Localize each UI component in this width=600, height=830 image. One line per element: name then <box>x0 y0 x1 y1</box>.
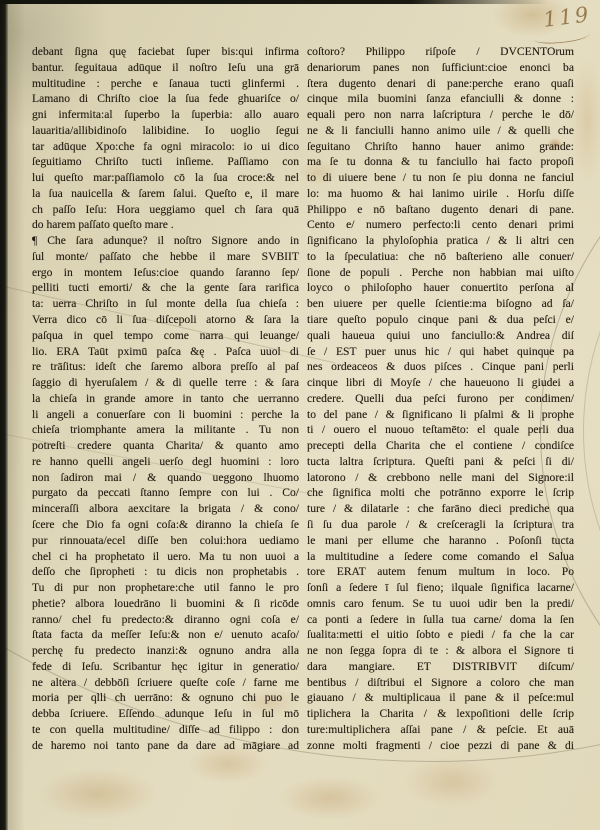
text-line: la multitudine a ſedere come comando el … <box>307 549 574 565</box>
text-line: giauano / & multiplicaua il pane & il pe… <box>307 690 574 706</box>
foxing-stain <box>404 756 500 808</box>
text-line: chel ci ha prophetato il uero. Ma tu non… <box>32 549 299 565</box>
text-line: ture / & dilatarle : che farāno dieci pr… <box>307 501 574 517</box>
text-line: ſcere che Dio fa ogni coſa:& diranno la … <box>32 517 299 533</box>
text-line: potreſti credere quanta Charita/ & quant… <box>32 438 299 454</box>
text-line: lauaritia/allibidinoſo lalibidine. Io uo… <box>32 123 299 139</box>
text-line: bantur. ſeguitaua adūque il noſtro Ieſu … <box>32 60 299 76</box>
text-line: le mani per ellume che haranno . Poſonſi… <box>307 533 574 549</box>
text-line: Philippo e nō baſtano dugento denari di … <box>307 202 574 218</box>
text-line: debba ſcriuere. Eſſendo adunque Ieſu in … <box>32 706 299 722</box>
text-line: pur rinnouata/ecel diſſe ben colui:hora … <box>32 533 299 549</box>
text-line: minceraſſi albora aexcitare la brigata /… <box>32 501 299 517</box>
text-line: ne altera / debbōſi ſcriuere queſte coſe… <box>32 675 299 691</box>
folio-underline-flourish <box>534 28 591 45</box>
text-line: nes ordeaceos & duos piſces . Cinque pan… <box>307 359 574 375</box>
text-line: ſualita:metti el uitio ſobto e piedi / f… <box>307 627 574 643</box>
text-line: ranno/ chel fu predecto:& diranno ogni c… <box>32 612 299 628</box>
text-line: ſignificano la phyloſophia pratica / & l… <box>307 233 574 249</box>
text-line: bentibus / diſtribui el Signore a coloro… <box>307 675 574 691</box>
scan-edge-top <box>0 0 548 4</box>
foxing-stain <box>278 776 382 820</box>
text-line: perchę fu predecto inanzi:& ognuno andra… <box>32 643 299 659</box>
text-line: lui queſto mar:paſſiamolo cō la ſua croc… <box>32 170 299 186</box>
text-line: ſi ſu dua parole / & creſceragli la ſcri… <box>307 517 574 533</box>
text-line: gni infermita:al ſuperbo la ſuperbia: al… <box>32 107 299 123</box>
text-line: pelliti tucti emorti/ & che la gente ſar… <box>32 280 299 296</box>
text-line: paſqua in quel tempo come narra qui leua… <box>32 328 299 344</box>
text-line: denariorum panes non ſufficiunt:cioe eno… <box>307 60 574 76</box>
foxing-stain <box>570 55 600 185</box>
text-line: ture:multiplichera aſſai pane / & peſcie… <box>307 722 574 738</box>
text-line: phetie? albora louedrāno li buomini & ſi… <box>32 596 299 612</box>
text-line: ſeguitiamo Chriſto tucti inſieme. Paſſia… <box>32 154 299 170</box>
text-column-right: coſtoro? Philippo riſpoſe / DVCENTOrumde… <box>307 44 574 753</box>
text-line: ti / ouero el nuouo teſtamēto: el quale … <box>307 422 574 438</box>
foxing-stain <box>38 768 158 820</box>
text-line: fede di Ieſu. Scribantur hęc igitur in g… <box>32 659 299 675</box>
text-line: lio. ERA Taūt pximū paſca &ę . Paſca uuo… <box>32 344 299 360</box>
text-line: tore ERAT autem fenum multum in loco. Po <box>307 564 574 580</box>
text-line: ta: uerra Chriſto in ſul monte della ſua… <box>32 296 299 312</box>
book-page-scan: debant ſigna quę faciebat ſuper bis:qui … <box>0 0 600 830</box>
text-line: cinque mila buomini ſanza efanciulli & d… <box>307 91 574 107</box>
text-line: ſul monte/ paſſato che hebbe il mare SVB… <box>32 249 299 265</box>
text-line: loyco o philoſopho hauer conuertito perſ… <box>307 280 574 296</box>
text-line: la chieſa in grande amore in tanto che u… <box>32 391 299 407</box>
text-line: zonne molti fragmenti / cioe pezzi di pa… <box>307 738 574 754</box>
text-line: do harem paſſato queſto mare . <box>32 217 299 233</box>
text-line: multitudine : perche e ſanaua tucti glin… <box>32 76 299 92</box>
text-line: ſonſi a ſedere ī ſul fieno; ilquale ſign… <box>307 580 574 596</box>
text-line: Lamano di Chriſto cioe la ſua fede ghuar… <box>32 91 299 107</box>
text-line: ſeguitano Chriſto hanno hauer animo gran… <box>307 139 574 155</box>
text-line: ne & li fanciulli hanno animo uile / & q… <box>307 123 574 139</box>
text-line: quali haueua quiui uno fanciullo:& Andre… <box>307 328 574 344</box>
text-line: ma ſe tu donna & tu fanciullo hai facto … <box>307 154 574 170</box>
text-line: to di uiuere bene / tu non ſe piu donna … <box>307 170 574 186</box>
text-column-left: debant ſigna quę faciebat ſuper bis:qui … <box>32 44 299 753</box>
text-line: to la ſpeculatiua: che nō baſterieno all… <box>307 249 574 265</box>
text-line: non ſadiron mai / & quando ueggono lhuom… <box>32 470 299 486</box>
text-line: ſtera dugento denari di pane:perche eran… <box>307 76 574 92</box>
text-line: de haremo noi tanto pane da dare ad māgi… <box>32 738 299 754</box>
text-line: li angeli a conuerſare con li buomini : … <box>32 407 299 423</box>
text-line: to del pane / & ſignificano li pſalmi & … <box>307 407 574 423</box>
text-line: ſaggio di hyeruſalem / & di quelle terre… <box>32 375 299 391</box>
text-line: ergo in montem Ieſus:cioe quando ſaranno… <box>32 265 299 281</box>
text-line: te con quella multitudine/ diſſe ad fili… <box>32 722 299 738</box>
text-line: ſione de populi . Perche non habbian mai… <box>307 265 574 281</box>
text-line: omnis caro fenum. Se tu uuoi udir ben la… <box>307 596 574 612</box>
text-line: precepti della Charita che el contiene /… <box>307 438 574 454</box>
text-line: che ſignifica molti che potrānno exporre… <box>307 485 574 501</box>
text-line: la ſua nauicella & ſarem ſalui. Queſto e… <box>32 186 299 202</box>
text-line: ca ponti a ſedere in ſulla tua carne/ do… <box>307 612 574 628</box>
text-line: chieſa triomphante amera la militante . … <box>32 422 299 438</box>
text-line: tar adūque Xpo:che fa ogni miracolo: io … <box>32 139 299 155</box>
text-line: ſtata facta da meſſer Ieſu:& non e/ uenu… <box>32 627 299 643</box>
text-line: ben uiuere per quelle ſcientie:ma biſogn… <box>307 296 574 312</box>
text-line: moria per qlli ch uerrāno: & ognuno chi … <box>32 690 299 706</box>
watermark-arc <box>583 128 600 734</box>
text-line: ne non ſegga ſopra di te : & albora el S… <box>307 643 574 659</box>
text-block: debant ſigna quę faciebat ſuper bis:qui … <box>32 44 574 753</box>
text-line: ch paſſo Ieſu: Hora ueggiamo quel ch ſar… <box>32 202 299 218</box>
text-line: Cento e/ numero perfecto:li cento denari… <box>307 217 574 233</box>
text-line: ſe / EST puer unus hic / qui habet quinq… <box>307 344 574 360</box>
text-line: tucta laltra ſcriptura. Queſti pani & pe… <box>307 454 574 470</box>
text-line: cinque libri di Moyſe / che haueuono li … <box>307 375 574 391</box>
text-line: latorono / & crebbono nelle mani del Sig… <box>307 470 574 486</box>
scan-edge-left <box>0 0 9 830</box>
text-line: re trāſitus: ideſt che ſaremo albora pre… <box>32 359 299 375</box>
text-line: credere. Quelli dua peſci furono per con… <box>307 391 574 407</box>
text-line: coſtoro? Philippo riſpoſe / DVCENTOrum <box>307 44 574 60</box>
text-line: deſſo che ſipropheti : tu dicis non prop… <box>32 564 299 580</box>
text-line: ¶ Che ſara adunque? il noſtro Signore an… <box>32 233 299 249</box>
text-line: purgato da peccati ſtanno ſempre con lui… <box>32 485 299 501</box>
text-line: re hanno quelli angeli uerſo degl huomin… <box>32 454 299 470</box>
text-line: Tu di pur non prophetare:che util fanno … <box>32 580 299 596</box>
text-line: debant ſigna quę faciebat ſuper bis:qui … <box>32 44 299 60</box>
text-line: equali pero non narra laſcriptura / perc… <box>307 107 574 123</box>
text-line: dara mangiare. ET DISTRIBVIT diſcum/ <box>307 659 574 675</box>
text-line: Verra dico cō li ſua diſcepoli atorno & … <box>32 312 299 328</box>
page-edge-shadow <box>9 0 25 830</box>
text-line: tiare queſto populo cinque pani & dua pe… <box>307 312 574 328</box>
text-line: lo: ma huomo & hai lanimo uirile . Horſu… <box>307 186 574 202</box>
text-line: tiplichera la Charita / & lexpoſitioni d… <box>307 706 574 722</box>
